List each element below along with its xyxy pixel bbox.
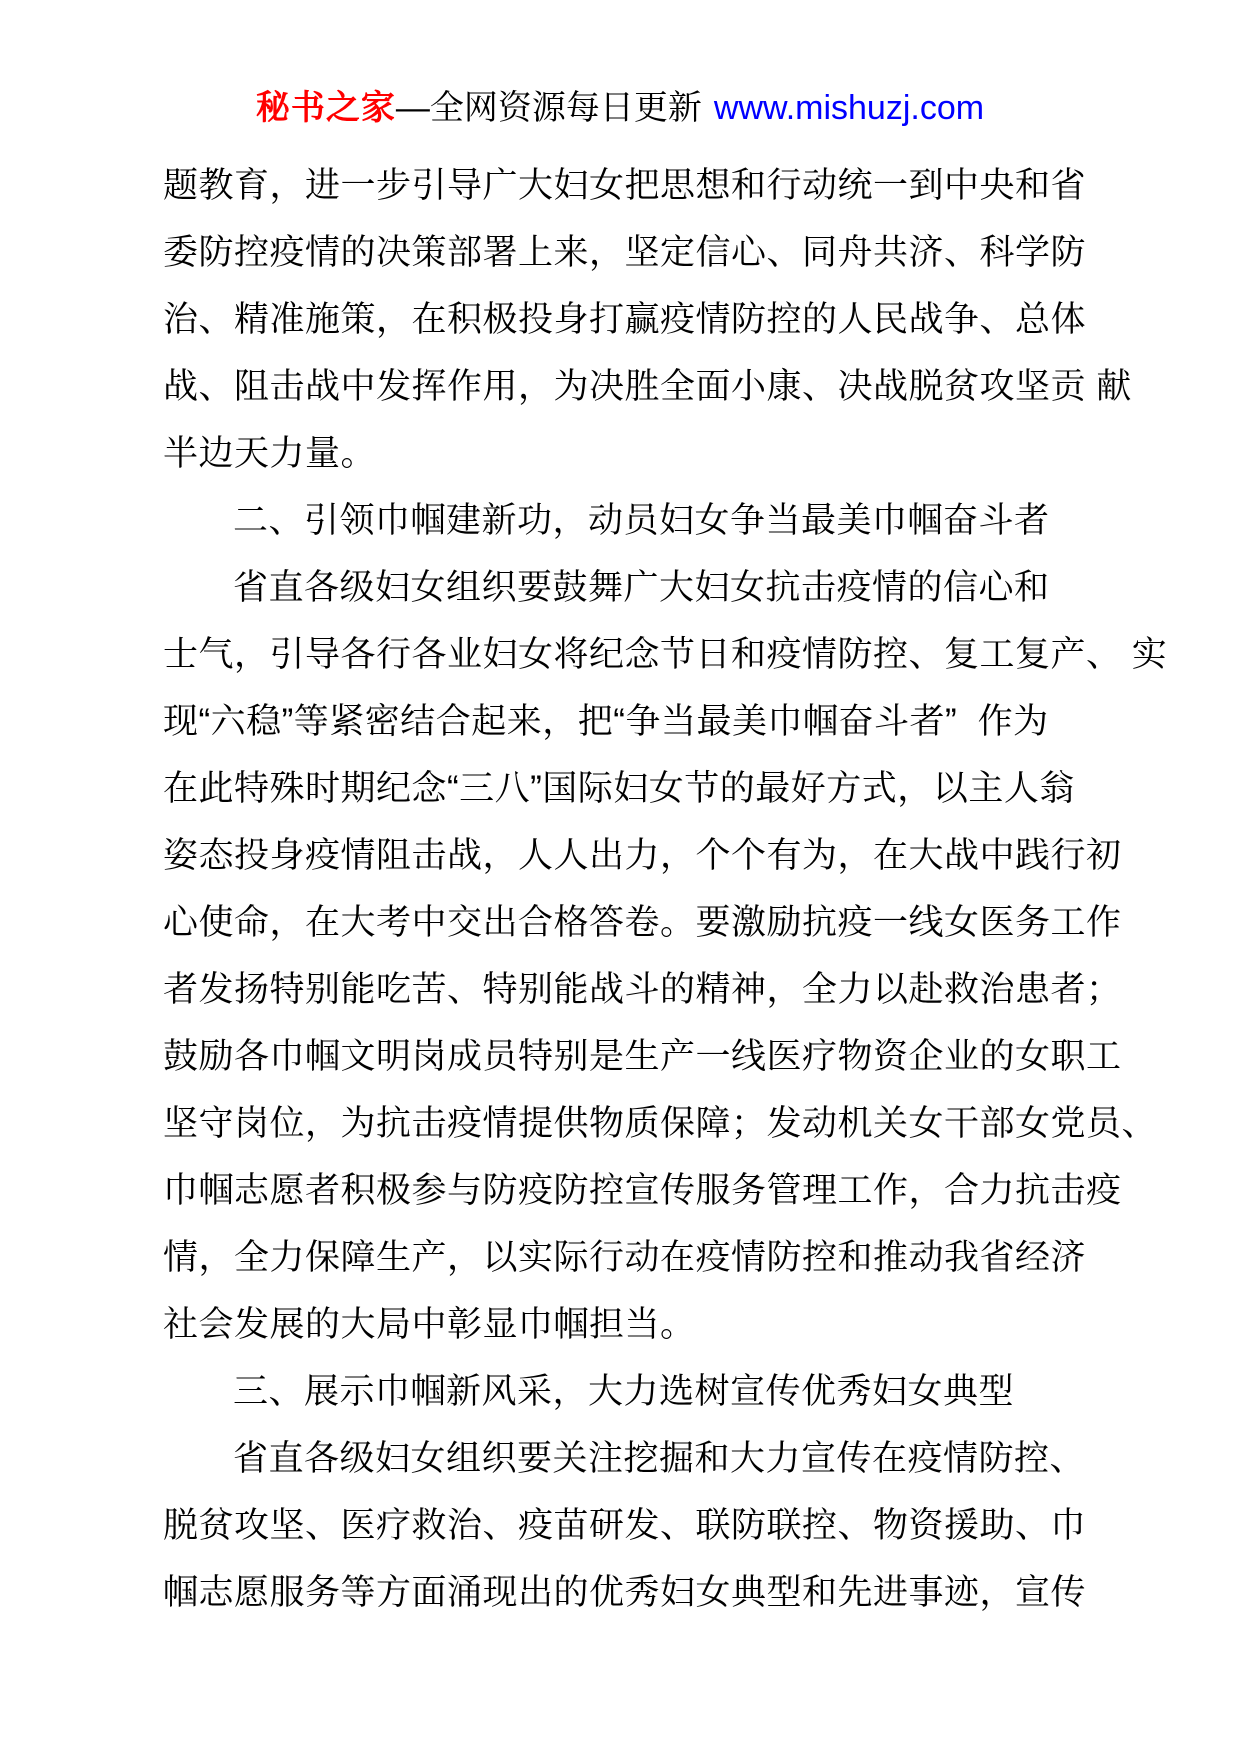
- text-line: 省直各级妇女组织要关注挖掘和大力宣传在疫情防控、: [163, 1425, 1077, 1492]
- section-heading-2: 二、引领巾帼建新功，动员妇女争当最美巾帼奋斗者: [163, 487, 1077, 554]
- site-url-link[interactable]: www.mishuzj.com: [714, 89, 984, 127]
- text-line: 坚守岗位，为抗击疫情提供物质保障；发动机关女干部女党员、: [163, 1090, 1077, 1157]
- brand-name: 秘书之家: [256, 89, 396, 127]
- text-line: 姿态投身疫情阻击战，人人出力，个个有为，在大战中践行初: [163, 822, 1077, 889]
- section-heading-3: 三、展示巾帼新风采，大力选树宣传优秀妇女典型: [163, 1358, 1077, 1425]
- text-line: 帼志愿服务等方面涌现出的优秀妇女典型和先进事迹，宣传: [163, 1559, 1077, 1626]
- text-line: 半边天力量。: [163, 420, 1077, 487]
- text-line: 治、精准施策，在积极投身打赢疫情防控的人民战争、总体: [163, 286, 1077, 353]
- text-line: 在此特殊时期纪念“三八”国际妇女节的最好方式，以主人翁: [163, 755, 1077, 822]
- document-page: 秘书之家—全网资源每日更新www.mishuzj.com 题教育，进一步引导广大…: [0, 0, 1240, 1754]
- text-line: 战、阻击战中发挥作用，为决胜全面小康、决战脱贫攻坚贡 献: [163, 353, 1077, 420]
- document-body: 题教育，进一步引导广大妇女把思想和行动统一到中央和省 委防控疫情的决策部署上来，…: [163, 152, 1077, 1626]
- text-line: 省直各级妇女组织要鼓舞广大妇女抗击疫情的信心和: [163, 554, 1077, 621]
- text-line: 委防控疫情的决策部署上来，坚定信心、同舟共济、科学防: [163, 219, 1077, 286]
- text-line: 情，全力保障生产，以实际行动在疫情防控和推动我省经济: [163, 1224, 1077, 1291]
- text-line: 题教育，进一步引导广大妇女把思想和行动统一到中央和省: [163, 152, 1077, 219]
- text-line: 脱贫攻坚、医疗救治、疫苗研发、联防联控、物资援助、巾: [163, 1492, 1077, 1559]
- text-line: 巾帼志愿者积极参与防疫防控宣传服务管理工作，合力抗击疫: [163, 1157, 1077, 1224]
- text-line: 社会发展的大局中彰显巾帼担当。: [163, 1291, 1077, 1358]
- text-line: 鼓励各巾帼文明岗成员特别是生产一线医疗物资企业的女职工: [163, 1023, 1077, 1090]
- header-dash: —: [396, 89, 430, 127]
- text-line: 士气，引导各行各业妇女将纪念节日和疫情防控、复工复产、 实: [163, 621, 1077, 688]
- text-line: 心使命，在大考中交出合格答卷。要激励抗疫一线女医务工作: [163, 889, 1077, 956]
- text-line: 者发扬特别能吃苦、特别能战斗的精神，全力以赴救治患者；: [163, 956, 1077, 1023]
- page-header: 秘书之家—全网资源每日更新www.mishuzj.com: [0, 84, 1240, 132]
- header-tagline: 全网资源每日更新: [430, 89, 702, 127]
- text-line: 现“六稳”等紧密结合起来，把“争当最美巾帼奋斗者” 作为: [163, 688, 1077, 755]
